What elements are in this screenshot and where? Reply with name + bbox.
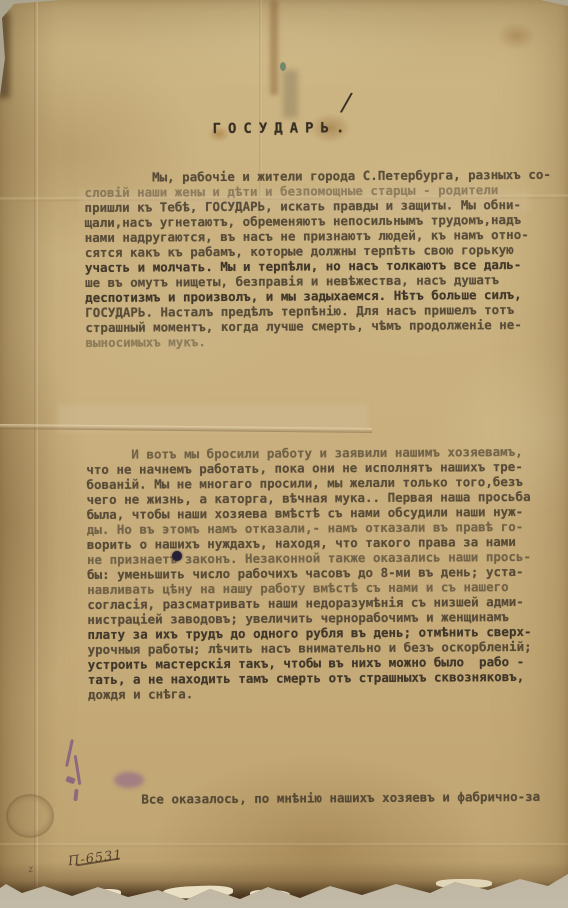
paragraph-opening: Мы, рабочіе и жители города С.Петербурга… — [84, 167, 555, 350]
typewritten-text-layer: ГОСУДАРЬ. Мы, рабочіе и жители города С.… — [0, 0, 568, 908]
paragraph-demands: И вотъ мы бросили работу и заявили нашим… — [86, 444, 558, 702]
paragraph-closing: Все оказалось, по мнѣнію нашихъ хозяевъ … — [89, 789, 559, 807]
photo-background: ГОСУДАРЬ. Мы, рабочіе и жители города С.… — [0, 0, 568, 908]
text-line: выносимыхъ мукъ. — [85, 332, 555, 350]
petition-page: ГОСУДАРЬ. Мы, рабочіе и жители города С.… — [0, 0, 568, 908]
text-line: дождя и снѣга. — [88, 684, 558, 702]
document-title: ГОСУДАРЬ. — [0, 119, 566, 139]
text-line: Все оказалось, по мнѣнію нашихъ хозяевъ … — [89, 789, 559, 807]
